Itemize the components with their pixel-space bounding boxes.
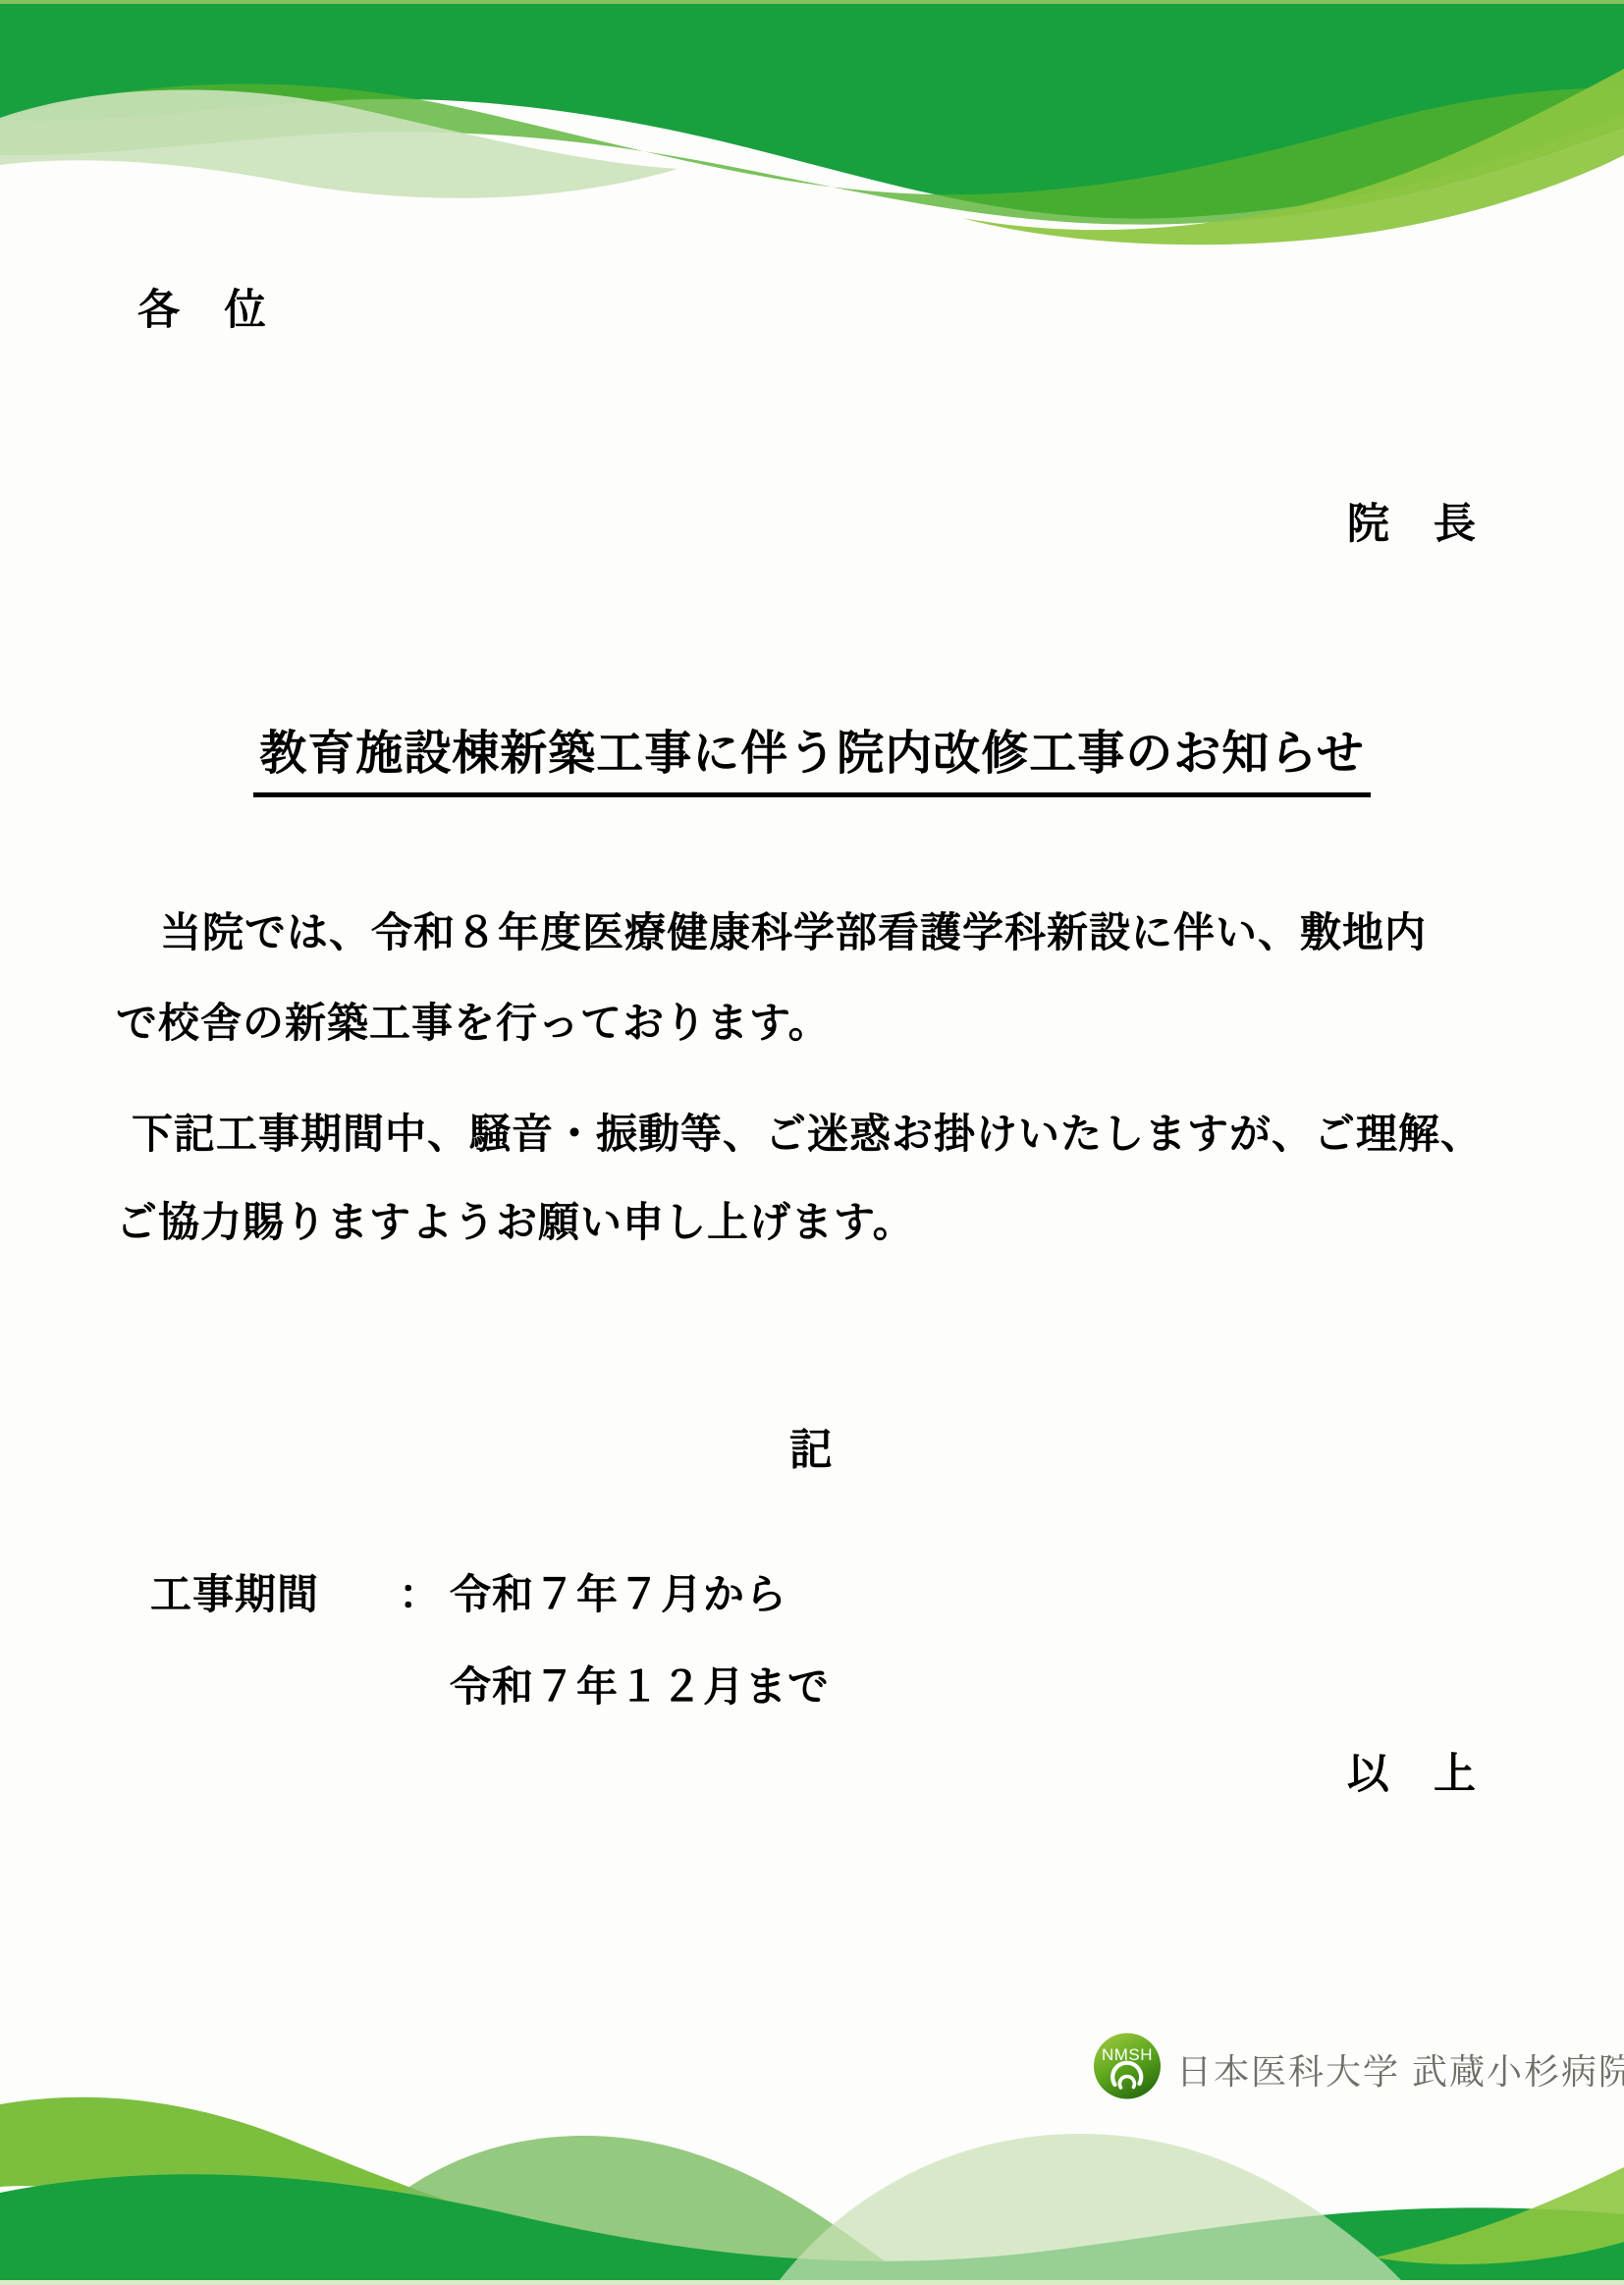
schedule-from: 令和７年７月から [450, 1571, 787, 1618]
hospital-name: 日本医科大学 武蔵小杉病院 [1176, 2044, 1624, 2095]
schedule-label: 工事期間 [150, 1571, 319, 1618]
page-title: 教育施設棟新築工事に伴う院内改修工事のお知らせ [253, 715, 1371, 797]
body-paragraph1-line1: 当院では、令和８年度医療健康科学部看護学科新設に伴い、敷地内 [116, 909, 1427, 956]
body-paragraph1-line2: で校舎の新築工事を行っております。 [116, 1000, 831, 1047]
body-paragraph2-line1: 下記工事期間中、騒音・振動等、ご迷惑お掛けいたしますが、ご理解、 [116, 1111, 1483, 1158]
top-wave-graphic [0, 0, 1624, 257]
notice-marker: 記 [789, 1414, 835, 1477]
body-paragraph2-line2: ご協力賜りますようお願い申し上げます。 [116, 1199, 915, 1246]
notice-page: 各 位 院 長 教育施設棟新築工事に伴う院内改修工事のお知らせ 当院では、令和８… [0, 0, 1624, 2285]
notice-marker-row: 記 [0, 1414, 1624, 1477]
sender-title: 院 長 [1347, 501, 1477, 549]
title-row: 教育施設棟新築工事に伴う院内改修工事のお知らせ [0, 715, 1624, 797]
hospital-logo-icon: NMSH [1094, 2033, 1161, 2099]
schedule-to: 令和７年１２月まで [450, 1663, 830, 1711]
top-wave-banner [0, 0, 1624, 257]
hospital-logo: NMSH [1094, 2033, 1161, 2099]
closing-phrase: 以 上 [1347, 1751, 1477, 1799]
schedule-separator: ： [399, 1571, 441, 1618]
salutation: 各 位 [137, 287, 267, 335]
bottom-wave-graphic [0, 2077, 1624, 2285]
bottom-wave-banner [0, 2077, 1624, 2285]
